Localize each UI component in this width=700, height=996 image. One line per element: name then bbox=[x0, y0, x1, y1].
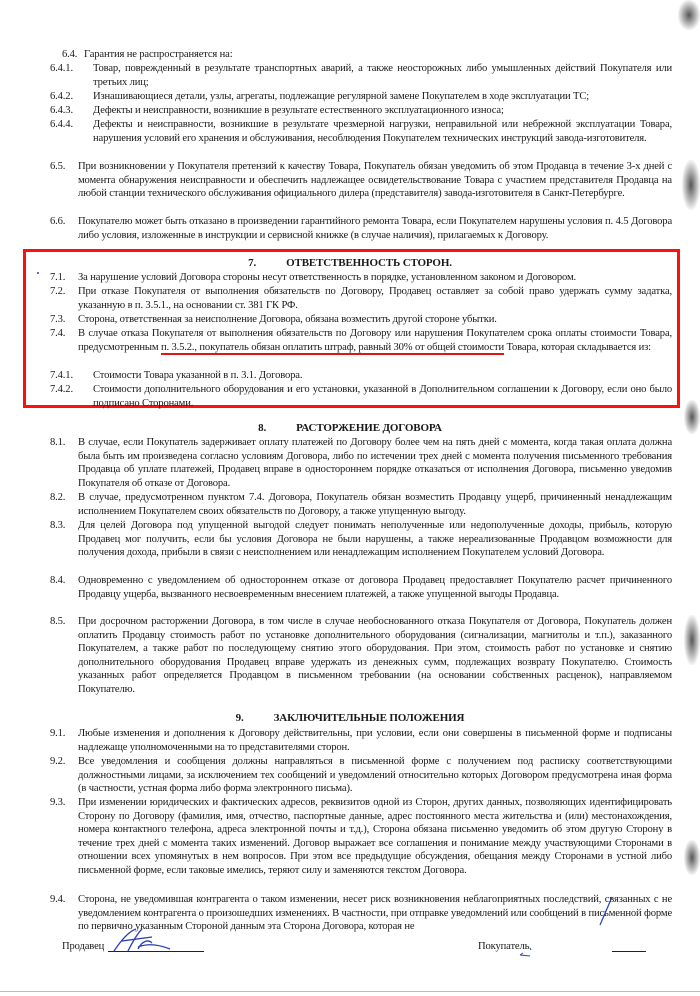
clause-number: 6.4.4. bbox=[50, 118, 93, 145]
clause-text: Стоимости Товара указанной в п. 3.1. Дог… bbox=[93, 369, 672, 383]
clause-number: 8.4. bbox=[50, 574, 78, 601]
scan-speck bbox=[37, 272, 39, 274]
section-8-heading: 8.РАСТОРЖЕНИЕ ДОГОВОРА bbox=[0, 421, 700, 435]
clause-number: 8.1. bbox=[50, 436, 78, 490]
buyer-ink-marks bbox=[500, 895, 620, 975]
clause-8-3: 8.3. Для целей Договора под упущенной вы… bbox=[50, 519, 672, 560]
clause-6-4: 6.4. Гарантия не распространяется на: bbox=[62, 48, 682, 62]
section-title: ОТВЕТСТВЕННОСТЬ СТОРОН. bbox=[286, 257, 452, 269]
clause-text: Сторона, ответственная за неисполнение Д… bbox=[78, 313, 672, 327]
clause-6-4-2: 6.4.2. Изнашивающиеся детали, узлы, агре… bbox=[50, 90, 672, 104]
clause-number: 6.4.2. bbox=[50, 90, 93, 104]
clause-text: Товар, поврежденный в результате транспо… bbox=[93, 62, 672, 89]
clause-text: Все уведомления и сообщения должны напра… bbox=[78, 755, 672, 796]
clause-6-4-3: 6.4.3. Дефекты и неисправности, возникши… bbox=[50, 104, 672, 118]
clause-number: 7.2. bbox=[50, 285, 78, 312]
clause-number: 6.4.1. bbox=[50, 62, 93, 89]
section-number: 8. bbox=[258, 421, 296, 435]
clause-text: За нарушение условий Договора стороны не… bbox=[78, 271, 672, 285]
scan-smudge bbox=[682, 160, 700, 210]
clause-number: 8.2. bbox=[50, 491, 78, 518]
scan-smudge bbox=[684, 840, 700, 875]
document-page: 6.4. Гарантия не распространяется на: 6.… bbox=[0, 0, 700, 996]
clause-text: Одновременно с уведомлением об односторо… bbox=[78, 574, 672, 601]
clause-8-5: 8.5. При досрочном расторжении Договора,… bbox=[50, 615, 672, 697]
scan-smudge bbox=[678, 0, 700, 30]
clause-number: 6.4. bbox=[62, 48, 84, 62]
clause-number: 8.3. bbox=[50, 519, 78, 560]
clause-number: 7.3. bbox=[50, 313, 78, 327]
clause-text: При изменении юридических и фактических … bbox=[78, 796, 672, 878]
section-9-heading: 9.ЗАКЛЮЧИТЕЛЬНЫЕ ПОЛОЖЕНИЯ bbox=[0, 711, 700, 725]
clause-6-6: 6.6. Покупателю может быть отказано в пр… bbox=[50, 215, 672, 242]
clause-7-3: 7.3. Сторона, ответственная за неисполне… bbox=[50, 313, 672, 327]
clause-9-1: 9.1. Любые изменения и дополнения к Дого… bbox=[50, 727, 672, 754]
section-number: 7. bbox=[248, 256, 286, 270]
clause-text: Гарантия не распространяется на: bbox=[84, 48, 233, 62]
clause-6-4-4: 6.4.4. Дефекты и неисправности, возникши… bbox=[50, 118, 672, 145]
clause-number: 7.4.1. bbox=[50, 369, 93, 383]
page-bottom-edge bbox=[0, 991, 700, 992]
clause-text: Любые изменения и дополнения к Договору … bbox=[78, 727, 672, 754]
clause-6-5: 6.5. При возникновении у Покупателя прет… bbox=[50, 160, 672, 201]
clause-number: 7.4. bbox=[50, 327, 78, 354]
section-title: ЗАКЛЮЧИТЕЛЬНЫЕ ПОЛОЖЕНИЯ bbox=[274, 712, 465, 724]
seller-signature bbox=[108, 925, 188, 955]
clause-7-2: 7.2. При отказе Покупателя от выполнения… bbox=[50, 285, 672, 312]
clause-text: При отказе Покупателя от выполнения обяз… bbox=[78, 285, 672, 312]
clause-number: 9.1. bbox=[50, 727, 78, 754]
clause-number: 9.3. bbox=[50, 796, 78, 878]
clause-text: В случае, предусмотренном пунктом 7.4. Д… bbox=[78, 491, 672, 518]
clause-6-4-1: 6.4.1. Товар, поврежденный в результате … bbox=[50, 62, 672, 89]
clause-number: 8.5. bbox=[50, 615, 78, 697]
clause-7-4-2: 7.4.2. Стоимости дополнительного оборудо… bbox=[50, 383, 672, 410]
clause-text: В случае отказа Покупателя от выполнения… bbox=[78, 327, 672, 354]
section-number: 9. bbox=[236, 711, 274, 725]
clause-text: Покупателю может быть отказано в произве… bbox=[78, 215, 672, 242]
clause-text: Дефекты и неисправности, возникшие в рез… bbox=[93, 104, 672, 118]
clause-7-1: 7.1. За нарушение условий Договора сторо… bbox=[50, 271, 672, 285]
clause-text: Для целей Договора под упущенной выгодой… bbox=[78, 519, 672, 560]
section-title: РАСТОРЖЕНИЕ ДОГОВОРА bbox=[296, 422, 442, 434]
clause-text-part: Товара, которая складывается из: bbox=[504, 342, 651, 353]
clause-number: 6.4.3. bbox=[50, 104, 93, 118]
underlined-penalty-text: п. 3.5.2., покупатель обязан оплатить шт… bbox=[161, 342, 504, 355]
clause-text: При возникновении у Покупателя претензий… bbox=[78, 160, 672, 201]
clause-8-4: 8.4. Одновременно с уведомлением об одно… bbox=[50, 574, 672, 601]
clause-text: Изнашивающиеся детали, узлы, агрегаты, п… bbox=[93, 90, 672, 104]
scan-smudge bbox=[684, 400, 700, 434]
clause-text: Стоимости дополнительного оборудования и… bbox=[93, 383, 672, 410]
clause-7-4-1: 7.4.1. Стоимости Товара указанной в п. 3… bbox=[50, 369, 672, 383]
clause-8-2: 8.2. В случае, предусмотренном пунктом 7… bbox=[50, 491, 672, 518]
clause-number: 7.1. bbox=[50, 271, 78, 285]
clause-9-2: 9.2. Все уведомления и сообщения должны … bbox=[50, 755, 672, 796]
clause-number: 6.6. bbox=[50, 215, 78, 242]
clause-text: В случае, если Покупатель задерживает оп… bbox=[78, 436, 672, 490]
clause-text: При досрочном расторжении Договора, в то… bbox=[78, 615, 672, 697]
clause-number: 9.4. bbox=[50, 893, 78, 934]
scan-smudge bbox=[684, 615, 700, 665]
clause-number: 6.5. bbox=[50, 160, 78, 201]
section-7-heading: 7.ОТВЕТСТВЕННОСТЬ СТОРОН. bbox=[0, 256, 700, 270]
clause-7-4: 7.4. В случае отказа Покупателя от выпол… bbox=[50, 327, 672, 354]
clause-number: 7.4.2. bbox=[50, 383, 93, 410]
clause-number: 9.2. bbox=[50, 755, 78, 796]
clause-8-1: 8.1. В случае, если Покупатель задержива… bbox=[50, 436, 672, 490]
clause-text: Дефекты и неисправности, возникшие в рез… bbox=[93, 118, 672, 145]
seller-label: Продавец bbox=[62, 940, 104, 954]
clause-9-3: 9.3. При изменении юридических и фактиче… bbox=[50, 796, 672, 878]
